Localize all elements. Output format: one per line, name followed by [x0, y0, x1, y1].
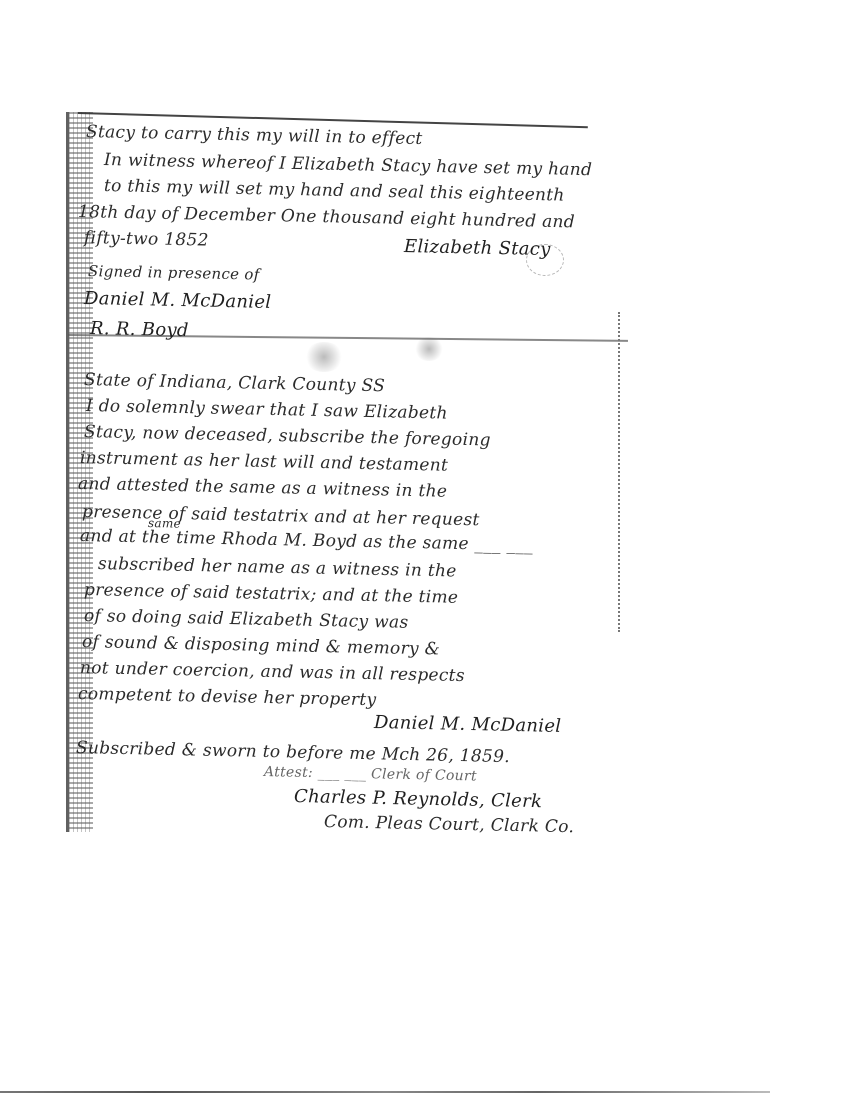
will-line: In witness whereof I Elizabeth Stacy hav…: [104, 150, 593, 180]
affidavit-line: presence of said testatrix; and at the t…: [84, 580, 459, 608]
jurat-line: Subscribed & sworn to before me Mch 26, …: [76, 738, 510, 767]
affidavit-line: State of Indiana, Clark County SS: [84, 370, 385, 396]
will-line: Stacy to carry this my will in to effect: [86, 122, 423, 149]
affidavit-line: of so doing said Elizabeth Stacy was: [84, 606, 409, 633]
testator-signature: Elizabeth Stacy: [404, 236, 551, 260]
will-line: 18th day of December One thousand eight …: [78, 202, 575, 232]
witness-signature: R. R. Boyd: [90, 318, 189, 341]
attestation-label: Signed in presence of: [88, 262, 260, 284]
ink-smudge: [304, 342, 344, 372]
affidavit-line: I do solemnly swear that I saw Elizabeth: [86, 396, 448, 424]
manuscript-photocopy: Stacy to carry this my will in to effect…: [74, 112, 634, 837]
affidavit-line: competent to devise her property: [78, 684, 377, 710]
affidavit-line: instrument as her last will and testamen…: [80, 448, 449, 476]
will-line: fifty-two 1852: [84, 228, 209, 251]
ink-smudge: [414, 337, 444, 361]
scan-bottom-edge: [0, 1091, 770, 1093]
affidavit-line: and attested the same as a witness in th…: [78, 474, 448, 502]
clerk-title: Com. Pleas Court, Clark Co.: [324, 812, 575, 837]
affidavit-line: and at the time Rhoda M. Boyd as the sam…: [80, 526, 533, 555]
will-line: to this my will set my hand and seal thi…: [104, 176, 565, 206]
affidavit-line: presence of said testatrix and at her re…: [82, 502, 480, 530]
affiant-signature: Daniel M. McDaniel: [374, 712, 562, 737]
document-page: Stacy to carry this my will in to effect…: [0, 0, 850, 1100]
affidavit-line: Stacy, now deceased, subscribe the foreg…: [84, 422, 491, 451]
affidavit-line: of sound & disposing mind & memory &: [82, 632, 440, 659]
paper-right-crease: [618, 312, 622, 632]
witness-signature: Daniel M. McDaniel: [84, 288, 272, 313]
affidavit-line: subscribed her name as a witness in the: [98, 554, 457, 582]
clerk-signature: Charles P. Reynolds, Clerk: [294, 786, 543, 812]
clerk-attest-line: Attest: ___ ___ Clerk of Court: [264, 764, 477, 784]
affidavit-line: not under coercion, and was in all respe…: [80, 658, 465, 686]
